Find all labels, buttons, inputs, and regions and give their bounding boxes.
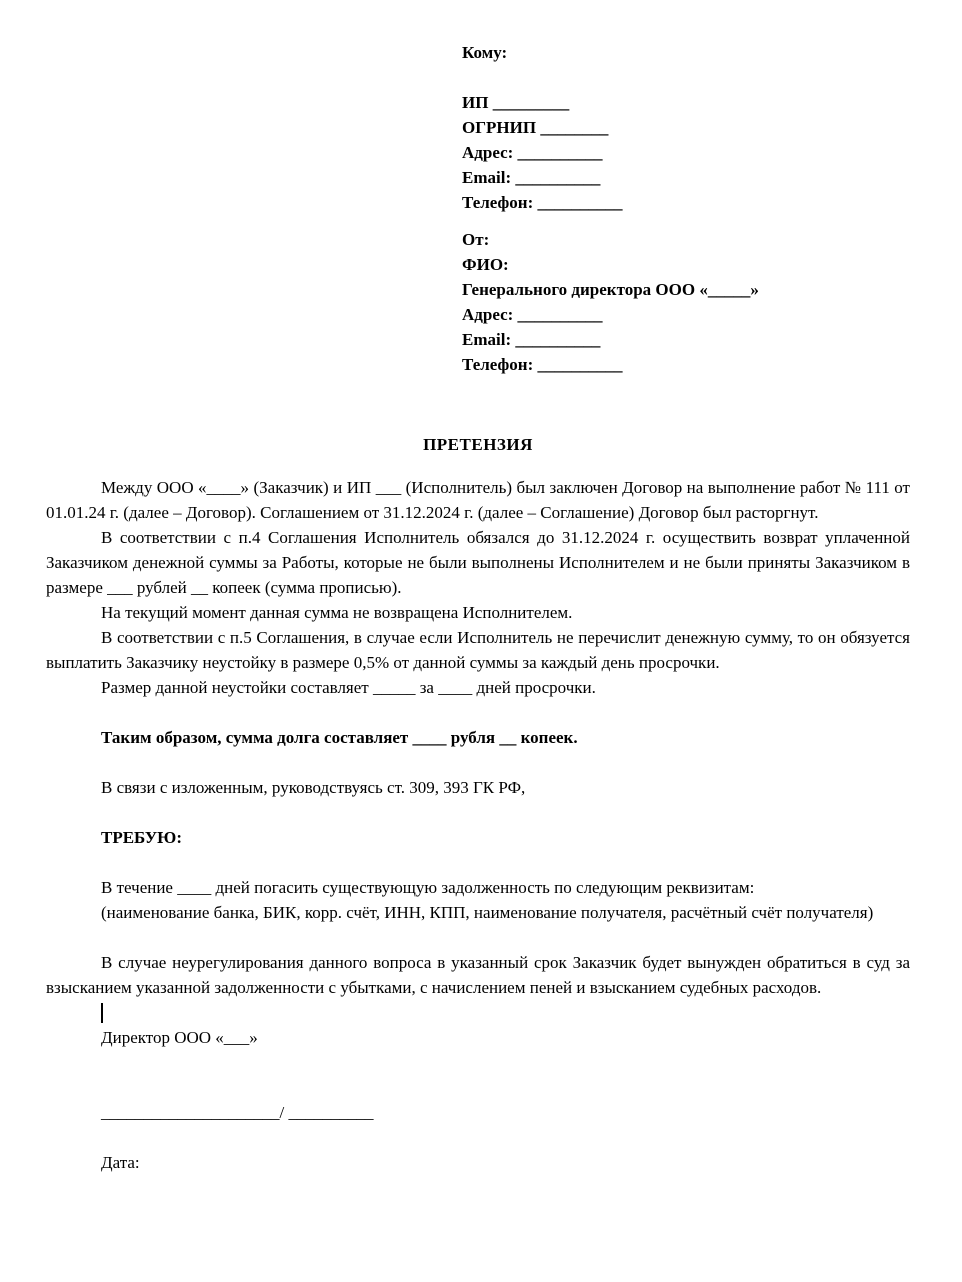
paragraph-total-debt: Таким образом, сумма долга составляет __…: [46, 725, 910, 750]
sender-address-line: Адрес: __________: [462, 302, 910, 327]
paragraph-demand: В течение ____ дней погасить существующу…: [46, 875, 910, 900]
sender-fio-line: ФИО:: [462, 252, 910, 277]
paragraph-penalty-amount: Размер данной неустойки составляет _____…: [46, 675, 910, 700]
sender-email-line: Email: __________: [462, 327, 910, 352]
address-header: Кому: ИП _________ ОГРНИП ________ Адрес…: [462, 40, 910, 377]
recipient-phone-line: Телефон: __________: [462, 190, 910, 215]
sender-position-line: Генерального директора ООО «_____»: [462, 277, 910, 302]
paragraph-court-warning: В случае неурегулирования данного вопрос…: [46, 950, 910, 1000]
recipient-ogrnip-line: ОГРНИП ________: [462, 115, 910, 140]
signature-line: _____________________/ __________: [46, 1100, 910, 1125]
paragraph-requisites-note: (наименование банка, БИК, корр. счёт, ИН…: [46, 900, 910, 925]
recipient-label: Кому:: [462, 40, 910, 65]
document-title: ПРЕТЕНЗИЯ: [46, 432, 910, 457]
text-cursor: [101, 1003, 103, 1023]
sender-phone-line: Телефон: __________: [462, 352, 910, 377]
paragraph-not-returned: На текущий момент данная сумма не возвра…: [46, 600, 910, 625]
cursor-line: [46, 1000, 910, 1025]
recipient-email-line: Email: __________: [462, 165, 910, 190]
paragraph-legal-basis: В связи с изложенным, руководствуясь ст.…: [46, 775, 910, 800]
date-label: Дата:: [46, 1150, 910, 1175]
recipient-address-line: Адрес: __________: [462, 140, 910, 165]
paragraph-contract: Между ООО «____» (Заказчик) и ИП ___ (Ис…: [46, 475, 910, 525]
paragraph-penalty-clause: В соответствии с п.5 Соглашения, в случа…: [46, 625, 910, 675]
paragraph-refund-obligation: В соответствии с п.4 Соглашения Исполнит…: [46, 525, 910, 600]
sender-label: От:: [462, 227, 910, 252]
document-page[interactable]: Кому: ИП _________ ОГРНИП ________ Адрес…: [0, 0, 962, 1282]
demand-heading: ТРЕБУЮ:: [46, 825, 910, 850]
signature-title: Директор ООО «___»: [46, 1025, 910, 1050]
recipient-name-line: ИП _________: [462, 90, 910, 115]
